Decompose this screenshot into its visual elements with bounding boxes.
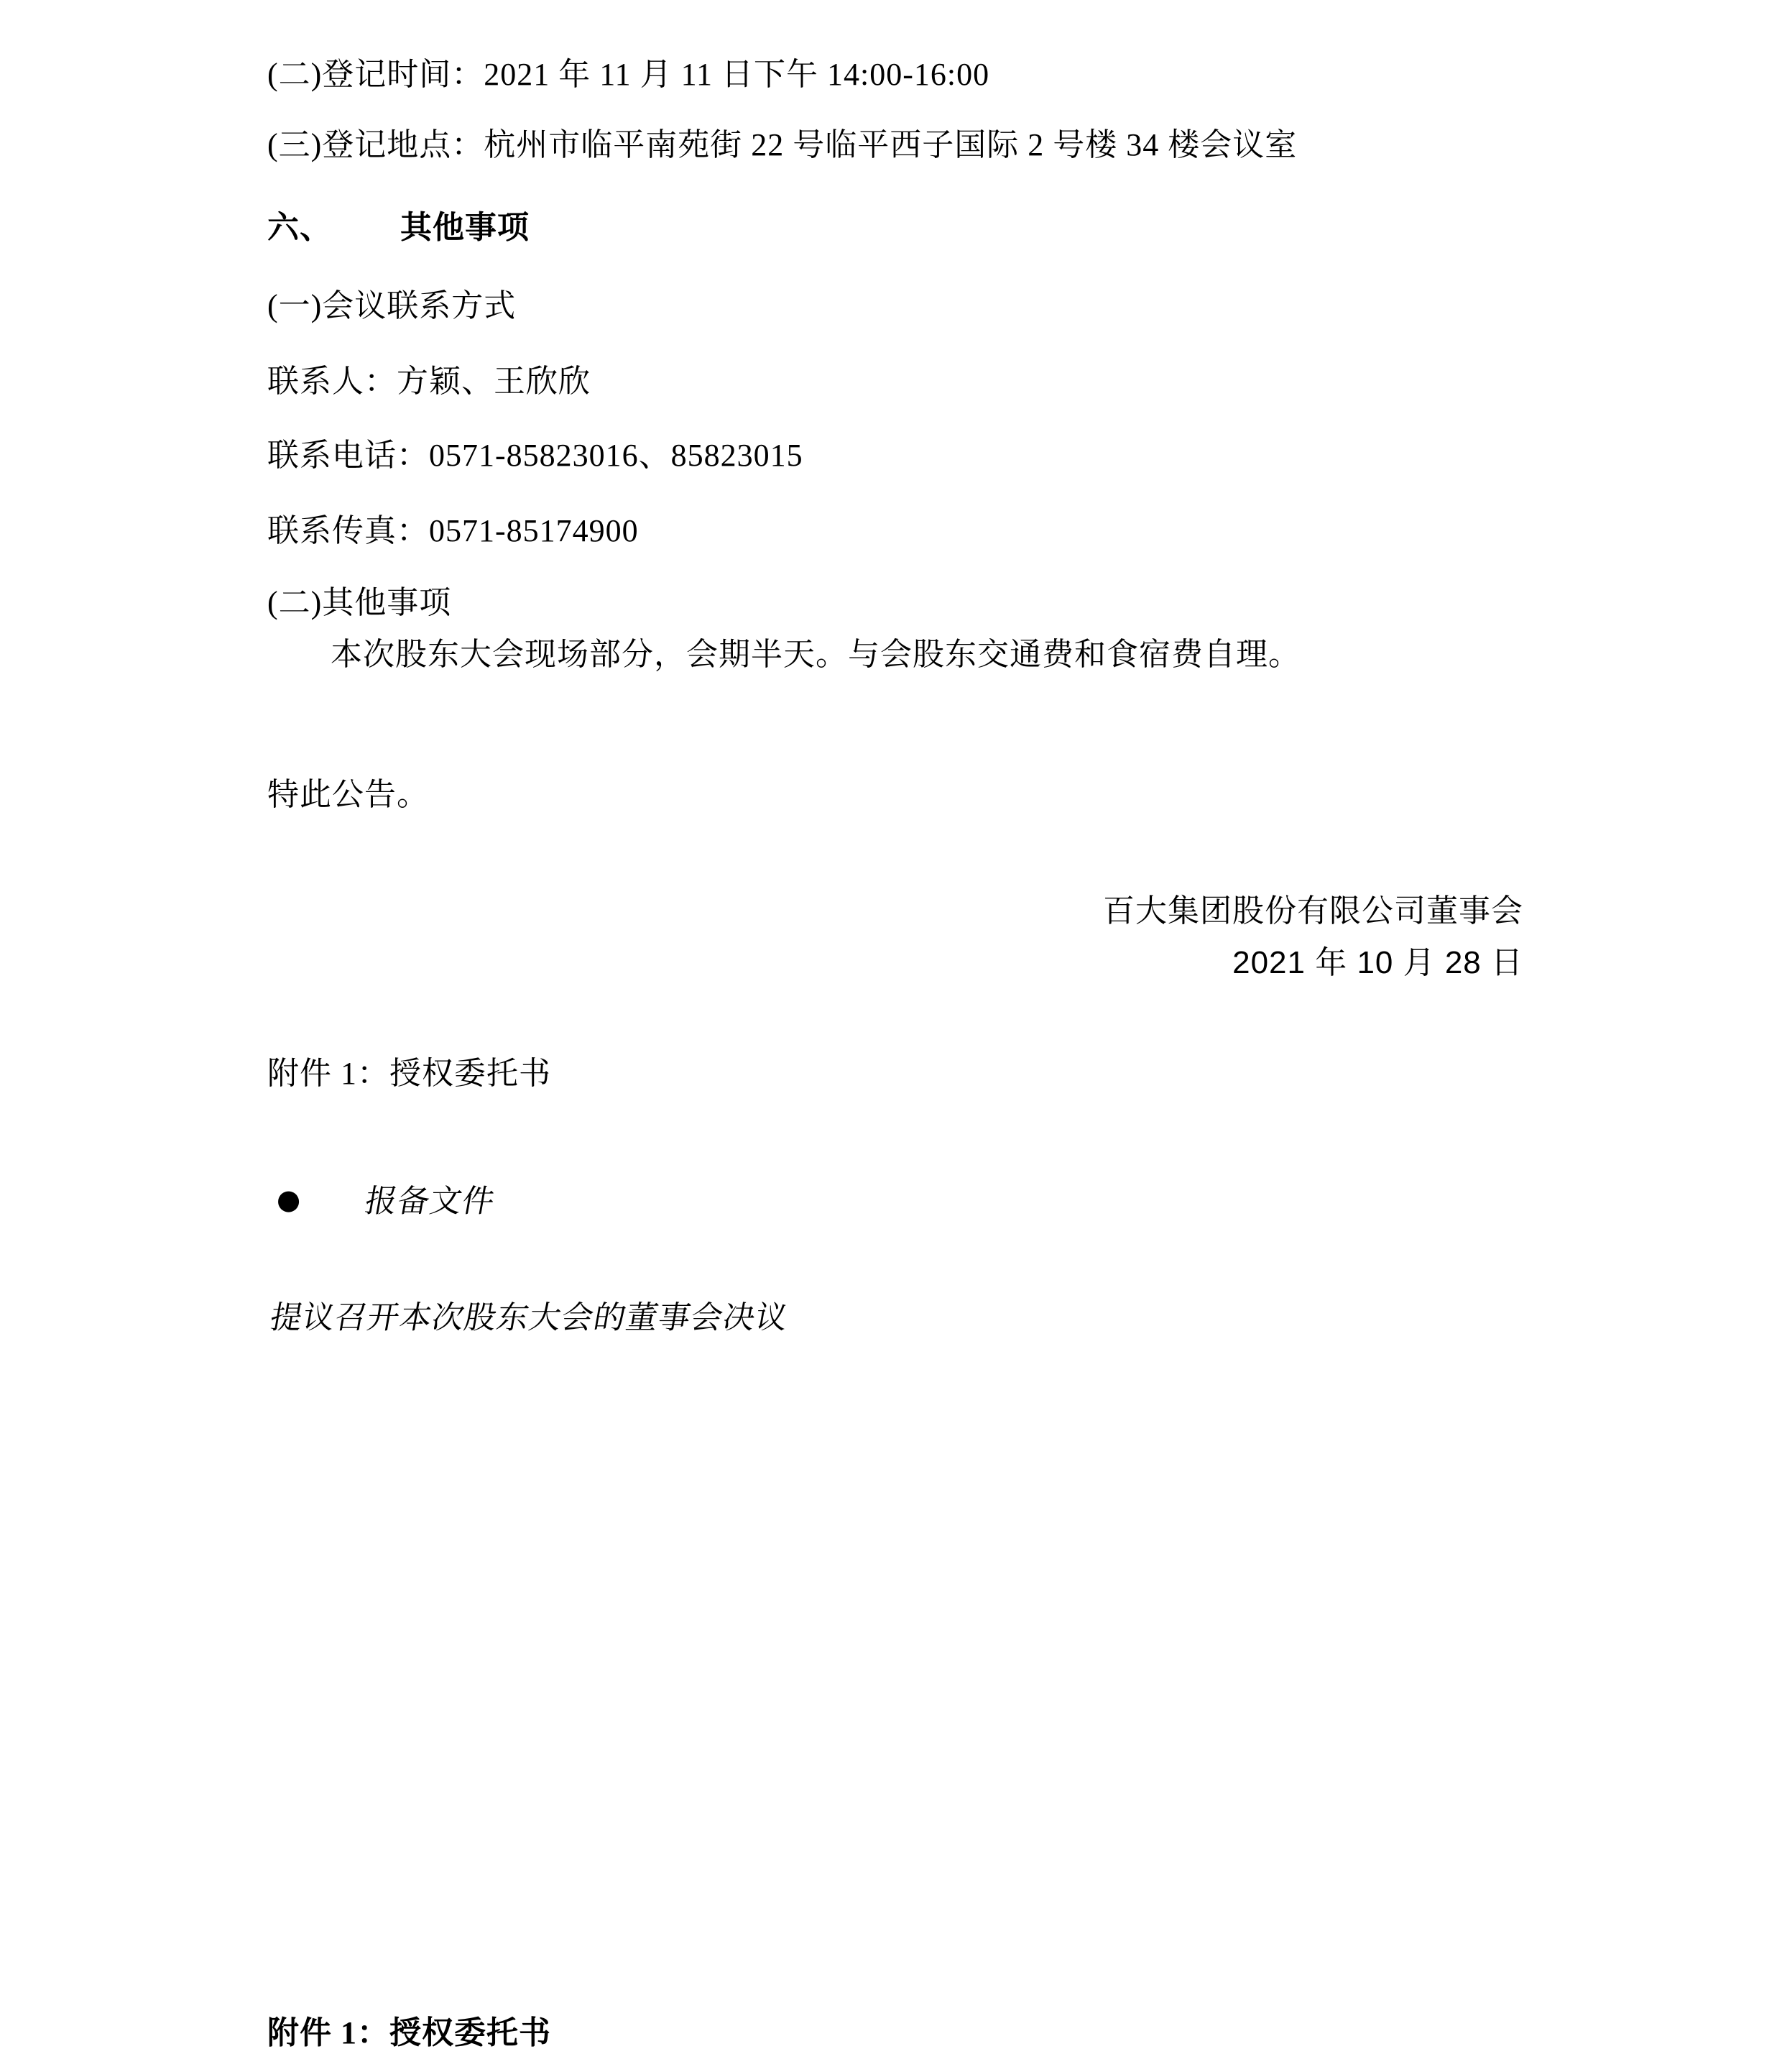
section-six-number: 六、 xyxy=(267,210,332,245)
bullet-icon: ● xyxy=(277,1184,301,1216)
document-page: (二)登记时间：2021 年 11 月 11 日下午 14:00-16:00 (… xyxy=(0,0,1782,2072)
other-matters-subheading: (二)其他事项 xyxy=(267,585,451,622)
contact-phone-line: 联系电话：0571-85823016、85823015 xyxy=(267,438,803,474)
announcement-closing-line: 特此公告。 xyxy=(267,777,429,814)
attachment-reference-line: 附件 1：授权委托书 xyxy=(267,1056,551,1092)
section-six-heading: 六、其他事项 xyxy=(267,210,530,247)
signature-date-line: 2021 年 10 月 28 日 xyxy=(1232,945,1523,982)
meeting-arrangement-paragraph: 本次股东大会现场部分，会期半天。与会股东交通费和食宿费自理。 xyxy=(331,637,1301,673)
filing-documents-item: ●报备文件 xyxy=(277,1184,491,1220)
section-six-title: 其他事项 xyxy=(400,210,530,245)
signature-company-line: 百大集团股份有限公司董事会 xyxy=(1103,893,1523,930)
attachment-heading-footer: 附件 1：授权委托书 xyxy=(267,2015,551,2052)
contact-person-line: 联系人：方颖、王欣欣 xyxy=(267,364,591,400)
registration-place-line: (三)登记地点：杭州市临平南苑街 22 号临平西子国际 2 号楼 34 楼会议室 xyxy=(267,127,1297,164)
filing-documents-label: 报备文件 xyxy=(362,1184,498,1220)
bullet-spacer xyxy=(301,1211,362,1212)
filing-resolution-line: 提议召开本次股东大会的董事会决议 xyxy=(267,1300,785,1337)
contact-fax-line: 联系传真：0571-85174900 xyxy=(267,513,639,550)
registration-time-line: (二)登记时间：2021 年 11 月 11 日下午 14:00-16:00 xyxy=(267,57,989,93)
contact-method-subheading: (一)会议联系方式 xyxy=(267,288,516,325)
filing-resolution-text: 提议召开本次股东大会的董事会决议 xyxy=(267,1300,791,1337)
tab-spacer xyxy=(332,237,400,238)
